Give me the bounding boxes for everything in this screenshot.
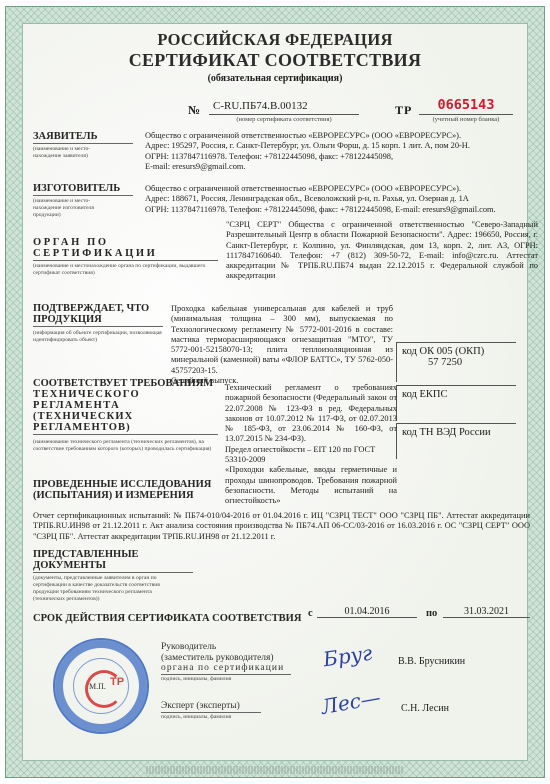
- applicant-line: Общество с ограниченной ответственностью…: [145, 131, 535, 141]
- certificate-number: C-RU.ПБ74.В.00132: [209, 100, 359, 115]
- certification-stamp: М.П. ТР: [53, 638, 149, 734]
- applicant-line: ОГРН: 1137847116978. Телефон: +781224450…: [145, 152, 535, 162]
- head-signature: Бруг: [322, 641, 374, 672]
- certification-body-details: "СЗРЦ СЕРТ" Общества с ограниченной отве…: [226, 220, 538, 282]
- tnved-code-label: код ТН ВЭД России: [402, 427, 516, 438]
- applicant-line: E-mail: eresurs9@gmail.com.: [145, 162, 535, 172]
- validity-to-date: 31.03.2021: [443, 606, 530, 618]
- head-name: В.В. Бруcникин: [398, 656, 465, 667]
- certificate-subtitle: (обязательная сертификация): [23, 73, 527, 84]
- blank-number: 0665143: [419, 97, 513, 115]
- okp-code-value: 57 7250: [402, 357, 516, 368]
- expert-signature: Лес—: [319, 685, 382, 719]
- head-title-line1: Руководитель: [161, 642, 291, 653]
- certificate-number-row: № C-RU.ПБ74.В.00132 (номер сертификата с…: [23, 100, 527, 130]
- tnved-code-box: код ТН ВЭД России: [396, 423, 516, 459]
- expert-name: С.Н. Лесин: [401, 703, 449, 714]
- ekps-code-box: код ЕКПС: [396, 385, 516, 421]
- country-heading: РОССИЙСКАЯ ФЕДЕРАЦИЯ: [23, 30, 527, 50]
- compliance-standard: «Проходки кабельные, вводы герметичные и…: [225, 465, 397, 506]
- stamp-tr-mark: ТР: [110, 676, 124, 688]
- applicant-label: ЗАЯВИТЕЛЬ: [33, 131, 133, 144]
- certification-body-label: ОРГАН ПО СЕРТИФИКАЦИИ: [33, 237, 218, 261]
- okp-code-box: код ОК 005 (ОКП) 57 7250: [396, 342, 516, 382]
- certificate-number-caption: (номер сертификата соответствия): [209, 116, 359, 123]
- certificate-body: РОССИЙСКАЯ ФЕДЕРАЦИЯ СЕРТИФИКАТ СООТВЕТС…: [22, 23, 528, 761]
- product-description: Проходка кабельная универсальная для каб…: [171, 304, 393, 386]
- ekps-code-label: код ЕКПС: [402, 389, 516, 400]
- blank-number-caption: (учетный номер бланка): [419, 116, 513, 123]
- tp-label: ТР: [395, 103, 412, 118]
- manufacturer-label: ИЗГОТОВИТЕЛЬ: [33, 183, 133, 196]
- expert-title: Эксперт (эксперты): [161, 701, 261, 713]
- footer-microtext: [146, 766, 404, 774]
- certificate-sheet: РОССИЙСКАЯ ФЕДЕРАЦИЯ СЕРТИФИКАТ СООТВЕТС…: [5, 6, 545, 778]
- certificate-title: СЕРТИФИКАТ СООТВЕТСТВИЯ: [23, 50, 527, 71]
- compliance-caption: (наименование технического регламента (т…: [33, 439, 218, 453]
- head-signatory-block: Руководитель (заместитель руководителя) …: [161, 642, 291, 683]
- validity-from-date: 01.04.2016: [317, 606, 417, 618]
- manufacturer-line: ОГРН: 1137847116978. Телефон: +781224450…: [145, 205, 545, 215]
- head-caption: подпись, инициалы, фамилия: [161, 676, 291, 683]
- applicant-caption: (наименование и место-нахождение заявите…: [33, 146, 113, 160]
- documents-label: ПРЕДСТАВЛЕННЫЕ ДОКУМЕНТЫ: [33, 549, 193, 573]
- okp-code-label: код ОК 005 (ОКП): [402, 346, 516, 357]
- number-sign: №: [188, 103, 200, 118]
- compliance-details: Технический регламент о требованиях пожа…: [225, 383, 397, 507]
- expert-caption: подпись, инициалы, фамилия: [161, 714, 261, 721]
- validity-to-label: по: [426, 608, 437, 619]
- compliance-regulation: Технический регламент о требованиях пожа…: [225, 383, 397, 445]
- validity-from-label: с: [308, 608, 313, 619]
- manufacturer-caption: (наименование и место-нахождение изготов…: [33, 198, 115, 219]
- applicant-label-block: ЗАЯВИТЕЛЬ (наименование и место-нахожден…: [33, 131, 133, 160]
- applicant-details: Общество с ограниченной ответственностью…: [145, 131, 535, 172]
- manufacturer-line: Адрес: 188671, Россия, Ленинградская обл…: [145, 194, 545, 204]
- product-label-line1: ПОДТВЕРЖДАЕТ, ЧТО: [33, 303, 163, 314]
- tests-label-line1: ПРОВЕДЕННЫЕ ИССЛЕДОВАНИЯ: [33, 479, 233, 490]
- compliance-label-line3: (ТЕХНИЧЕСКИХ РЕГЛАМЕНТОВ): [33, 411, 218, 435]
- signature-area: М.П. ТР Руководитель (заместитель руково…: [23, 624, 531, 774]
- head-title-line2: (заместитель руководителя): [161, 653, 291, 664]
- compliance-label-block: СООТВЕТСТВУЕТ ТРЕБОВАНИЯМ ТЕХНИЧЕСКОГО Р…: [33, 378, 218, 453]
- stamp-mp-text: М.П.: [89, 682, 106, 691]
- certification-body-caption: (наименование и местонахождение органа п…: [33, 263, 218, 277]
- tests-label-block: ПРОВЕДЕННЫЕ ИССЛЕДОВАНИЯ (ИСПЫТАНИЯ) И И…: [33, 479, 233, 501]
- validity-label: СРОК ДЕЙСТВИЯ СЕРТИФИКАТА СООТВЕТСТВИЯ: [33, 613, 301, 624]
- fire-resistance: Предел огнестойкости – EIT 120 по ГОСТ 5…: [225, 445, 397, 466]
- manufacturer-line: Общество с ограниченной ответственностью…: [145, 184, 545, 194]
- product-label-line2: ПРОДУКЦИЯ: [33, 314, 163, 327]
- compliance-label-line2: ТЕХНИЧЕСКОГО РЕГЛАМЕНТА: [33, 389, 218, 411]
- product-text: Проходка кабельная универсальная для каб…: [171, 304, 393, 375]
- tests-details: Отчет сертификационных испытаний: № ПБ74…: [33, 511, 530, 542]
- manufacturer-label-block: ИЗГОТОВИТЕЛЬ (наименование и место-нахож…: [33, 183, 133, 219]
- certification-body-label-block: ОРГАН ПО СЕРТИФИКАЦИИ (наименование и ме…: [33, 237, 218, 277]
- product-caption: (информация об объекте сертификации, поз…: [33, 330, 163, 344]
- expert-signatory-block: Эксперт (эксперты) подпись, инициалы, фа…: [161, 701, 261, 721]
- head-title-line3: органа по сертификации: [161, 663, 291, 675]
- compliance-label-line1: СООТВЕТСТВУЕТ ТРЕБОВАНИЯМ: [33, 378, 218, 389]
- validity-row: СРОК ДЕЙСТВИЯ СЕРТИФИКАТА СООТВЕТСТВИЯ с…: [33, 608, 533, 624]
- manufacturer-details: Общество с ограниченной ответственностью…: [145, 184, 545, 215]
- documents-caption: (документы, представленные заявителем в …: [33, 575, 178, 603]
- tests-label-line2: (ИСПЫТАНИЯ) И ИЗМЕРЕНИЯ: [33, 490, 233, 501]
- documents-label-block: ПРЕДСТАВЛЕННЫЕ ДОКУМЕНТЫ (документы, пре…: [33, 549, 193, 603]
- applicant-line: Адрес: 195297, Россия, г. Санкт-Петербур…: [145, 141, 535, 151]
- product-label-block: ПОДТВЕРЖДАЕТ, ЧТО ПРОДУКЦИЯ (информация …: [33, 303, 163, 344]
